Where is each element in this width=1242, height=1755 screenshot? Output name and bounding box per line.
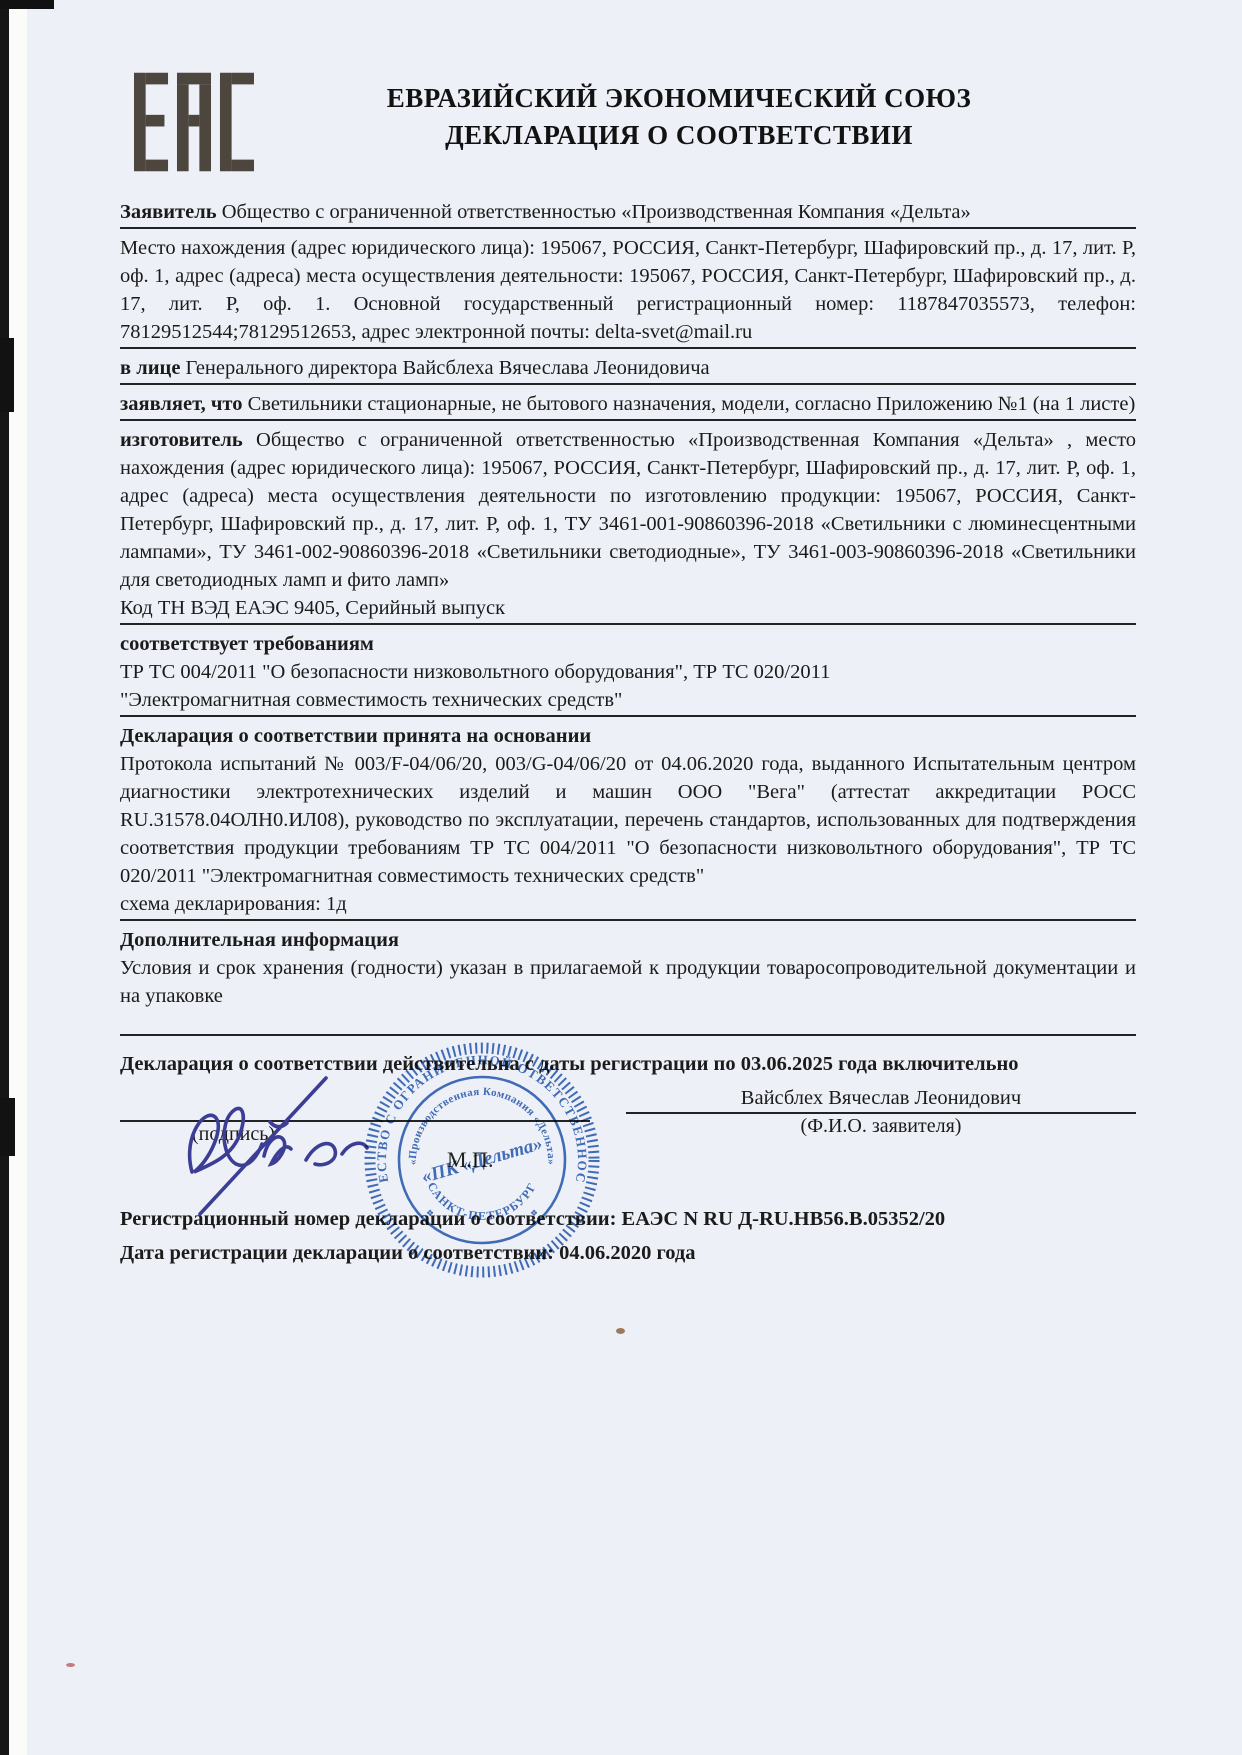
title-line-union: ЕВРАЗИЙСКИЙ ЭКОНОМИЧЕСКИЙ СОЮЗ bbox=[282, 80, 1076, 117]
signature-right-block: Вайсблех Вячеслав Леонидович (Ф.И.О. зая… bbox=[626, 1084, 1136, 1146]
scan-corner-artifact bbox=[0, 0, 54, 9]
requirements-line-2: "Электромагнитная совместимость техничес… bbox=[120, 686, 1136, 714]
eac-mark-icon bbox=[134, 72, 254, 172]
stamp-ornament-icon: ❖ bbox=[426, 1208, 434, 1218]
stamp-ornament-icon: ❖ bbox=[530, 1208, 538, 1218]
basis-section: Декларация о соответствии принята на осн… bbox=[120, 722, 1136, 921]
represented-by-section: в лице Генерального директора Вайсблеха … bbox=[120, 354, 1136, 385]
additional-info-text: Условия и срок хранения (годности) указа… bbox=[120, 954, 1136, 1010]
declares-text: Светильники стационарные, не бытового на… bbox=[248, 393, 1136, 415]
additional-info-label: Дополнительная информация bbox=[120, 929, 399, 951]
manufacturer-text: Общество с ограниченной ответственностью… bbox=[120, 429, 1136, 591]
tnved-code-line: Код ТН ВЭД ЕАЭС 9405, Серийный выпуск bbox=[120, 594, 1136, 622]
title-line-declaration: ДЕКЛАРАЦИЯ О СООТВЕТСТВИИ bbox=[282, 117, 1076, 154]
name-caption: (Ф.И.О. заявителя) bbox=[626, 1115, 1136, 1138]
scan-speck bbox=[616, 1328, 625, 1334]
company-stamp: ОБЩЕСТВО С ОГРАНИЧЕННОЙ ОТВЕТСТВЕННОСТЬЮ… bbox=[356, 1034, 608, 1286]
requirements-label: соответствует требованиям bbox=[120, 633, 374, 655]
scan-edge-gap bbox=[9, 0, 27, 1755]
represented-by-label: в лице bbox=[120, 357, 180, 379]
stamp-center-logo-text: «ПК «Дельта» bbox=[419, 1133, 545, 1188]
applicant-label: Заявитель bbox=[120, 201, 217, 223]
document-title: ЕВРАЗИЙСКИЙ ЭКОНОМИЧЕСКИЙ СОЮЗ ДЕКЛАРАЦИ… bbox=[282, 72, 1076, 154]
scan-edge-notch bbox=[0, 1098, 15, 1156]
scanned-declaration-page: { "page": { "eac_mark": "EAC", "title_li… bbox=[0, 0, 1242, 1755]
document-header: ЕВРАЗИЙСКИЙ ЭКОНОМИЧЕСКИЙ СОЮЗ ДЕКЛАРАЦИ… bbox=[120, 72, 1136, 172]
represented-by-text: Генерального директора Вайсблеха Вячесла… bbox=[186, 357, 710, 379]
requirements-section: соответствует требованиям ТР ТС 004/2011… bbox=[120, 630, 1136, 717]
location-section: Место нахождения (адрес юридического лиц… bbox=[120, 234, 1136, 349]
basis-label: Декларация о соответствии принята на осн… bbox=[120, 725, 591, 747]
requirements-line-1: ТР ТС 004/2011 "О безопасности низковоль… bbox=[120, 658, 1136, 686]
scan-speck bbox=[66, 1663, 75, 1667]
basis-text: Протокола испытаний № 003/F-04/06/20, 00… bbox=[120, 750, 1136, 890]
additional-info-section: Дополнительная информация Условия и срок… bbox=[120, 926, 1136, 1036]
location-text: Место нахождения (адрес юридического лиц… bbox=[120, 234, 1136, 346]
manufacturer-label: изготовитель bbox=[120, 429, 243, 451]
name-line bbox=[626, 1112, 1136, 1114]
registration-date-line: Дата регистрации декларации о соответств… bbox=[120, 1236, 1136, 1270]
applicant-text: Общество с ограниченной ответственностью… bbox=[222, 201, 971, 223]
manufacturer-section: изготовитель Общество с ограниченной отв… bbox=[120, 426, 1136, 625]
scan-edge-strip bbox=[0, 0, 9, 1755]
scan-edge-notch bbox=[0, 338, 14, 412]
applicant-full-name: Вайсблех Вячеслав Леонидович bbox=[626, 1084, 1136, 1112]
declares-section: заявляет, что Светильники стационарные, … bbox=[120, 390, 1136, 421]
applicant-section: Заявитель Общество с ограниченной ответс… bbox=[120, 198, 1136, 229]
stamp-city-text: САНКТ-ПЕТЕРБУРГ bbox=[425, 1180, 540, 1223]
declares-label: заявляет, что bbox=[120, 393, 242, 415]
declaration-scheme-line: схема декларирования: 1д bbox=[120, 890, 1136, 918]
